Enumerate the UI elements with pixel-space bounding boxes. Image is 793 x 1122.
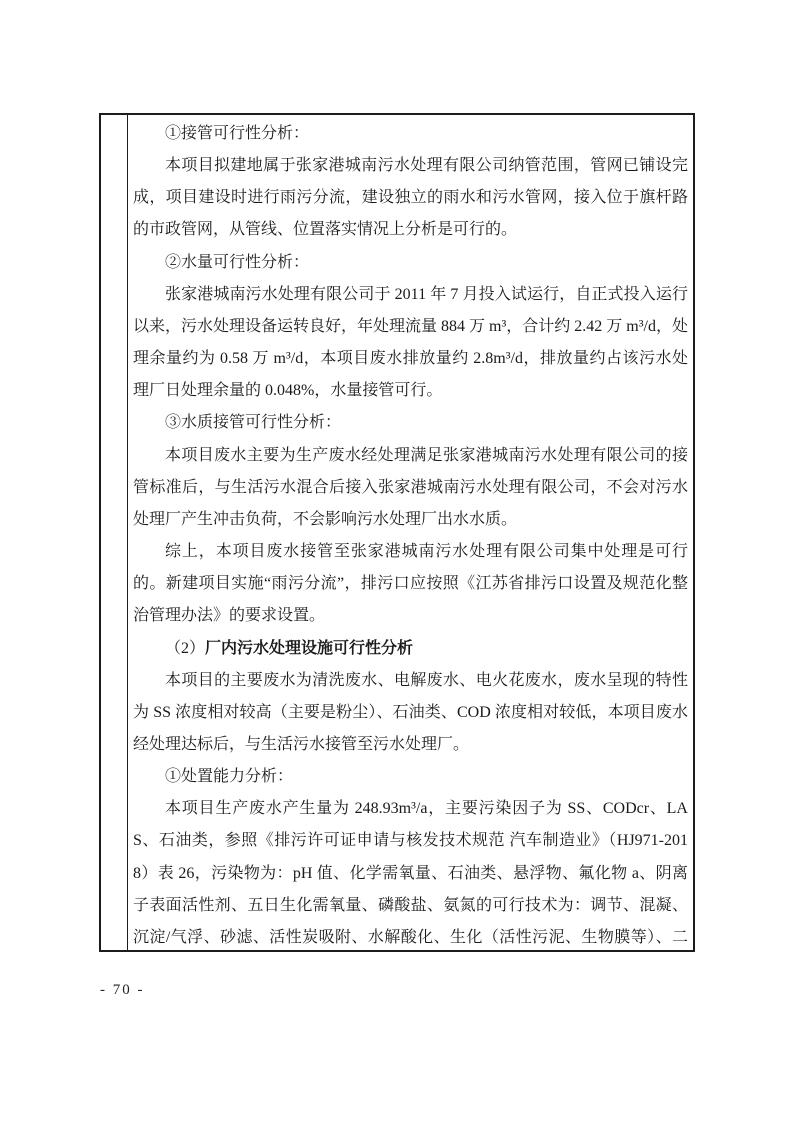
paragraph-water-quality-body: 本项目废水主要为生产废水经处理满足张家港城南污水处理有限公司的接管标准后，与生活…	[133, 440, 688, 536]
paragraph-summary-conclusion: 综上，本项目废水接管至张家港城南污水处理有限公司集中处理是可行的。新建项目实施“…	[133, 536, 688, 632]
paragraph-pipe-connection-body: 本项目拟建地属于张家港城南污水处理有限公司纳管范围，管网已铺设完成，项目建设时进…	[133, 150, 688, 246]
heading-bold-title: 厂内污水处理设施可行性分析	[205, 640, 413, 657]
paragraph-wastewater-characteristics: 本项目的主要废水为清洗废水、电解废水、电火花废水，废水呈现的特性为 SS 浓度相…	[133, 665, 688, 761]
paragraph-disposal-capacity-body: 本项目生产废水产生量为 248.93m³/a，主要污染因子为 SS、CODcr、…	[133, 793, 688, 950]
paragraph-water-quantity-body: 张家港城南污水处理有限公司于 2011 年 7 月投入试运行，自正式投入运行以来…	[133, 279, 688, 408]
content-table: ①接管可行性分析： 本项目拟建地属于张家港城南污水处理有限公司纳管范围，管网已铺…	[99, 113, 695, 952]
subheading-pipe-connection-feasibility: ①接管可行性分析：	[133, 118, 688, 150]
subheading-disposal-capacity-analysis: ①处置能力分析：	[133, 761, 688, 793]
document-page: ①接管可行性分析： 本项目拟建地属于张家港城南污水处理有限公司纳管范围，管网已铺…	[0, 0, 793, 1122]
heading-onsite-treatment-feasibility: （2）厂内污水处理设施可行性分析	[133, 633, 688, 665]
page-number: - 70 -	[100, 982, 145, 999]
subheading-water-quantity-feasibility: ②水量可行性分析：	[133, 247, 688, 279]
heading-number-prefix: （2）	[165, 640, 205, 657]
table-left-margin-cell	[101, 115, 128, 950]
subheading-water-quality-feasibility: ③水质接管可行性分析：	[133, 407, 688, 439]
table-content-cell: ①接管可行性分析： 本项目拟建地属于张家港城南污水处理有限公司纳管范围，管网已铺…	[128, 115, 693, 950]
